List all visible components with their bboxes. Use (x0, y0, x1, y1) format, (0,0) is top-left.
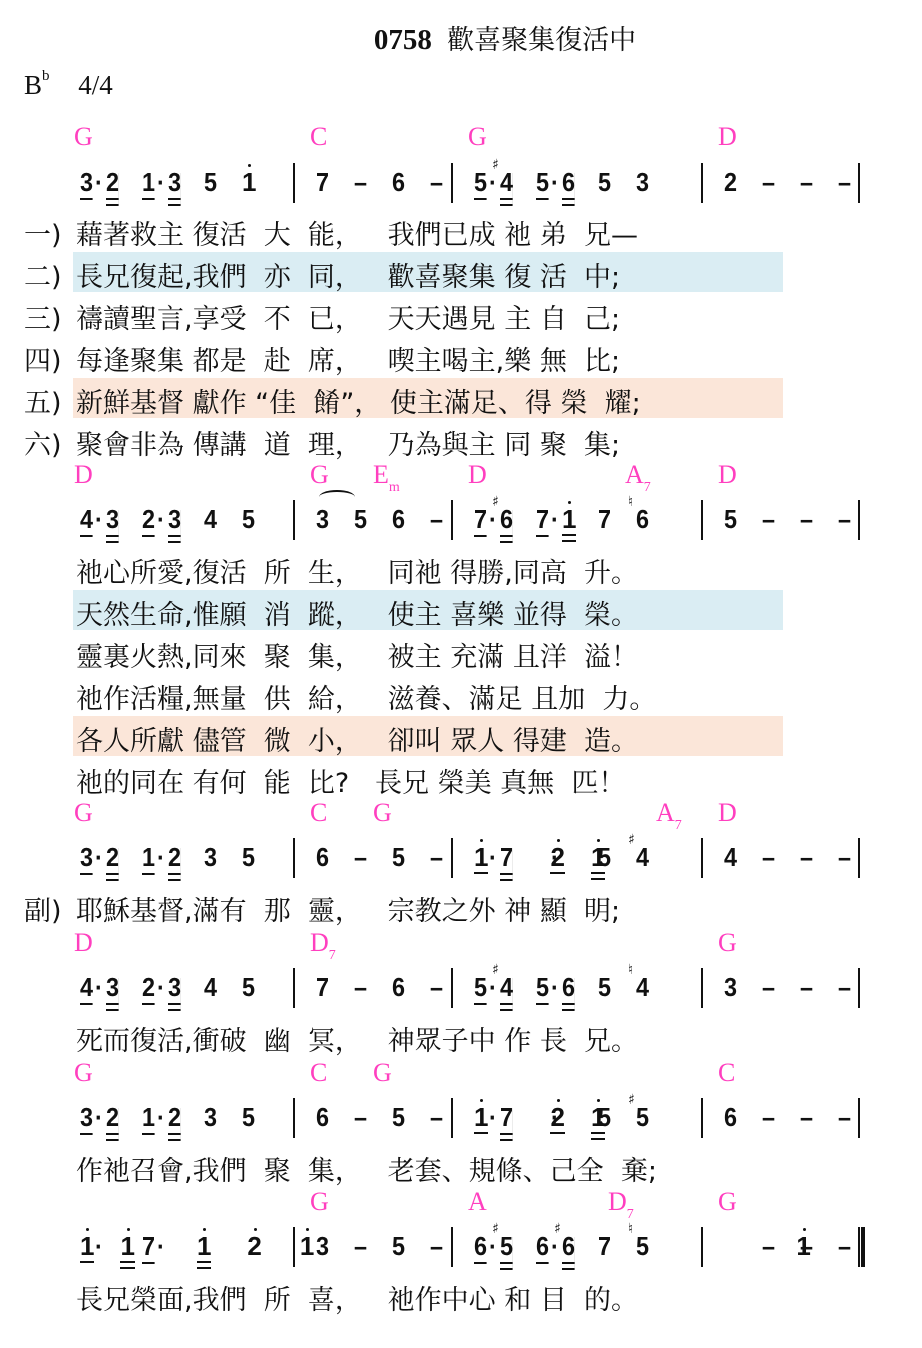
note: 4 (80, 972, 93, 1005)
chord-suffix: m (389, 480, 400, 495)
chord-symbol: C (310, 1058, 327, 1088)
chord-symbol: G (74, 798, 93, 828)
note: 6 (392, 167, 405, 198)
note: 6 (316, 1102, 329, 1133)
note: 3 (80, 1102, 93, 1135)
note: 5 (392, 842, 405, 873)
note: 5 (536, 167, 549, 200)
note: 4 (636, 972, 649, 1003)
note: 1 (242, 167, 256, 197)
notation-row: 3·21·2356–5–1·72·15♯56––– (0, 1098, 922, 1142)
lyric-line: 六)聚會非為 傳講 道 理， 乃為與主 同 聚 集; (0, 420, 922, 460)
note: 5 (242, 842, 255, 873)
augmentation-dot: · (551, 504, 559, 535)
note: 4 (80, 504, 93, 537)
lyric-text: 新鮮基督 獻作 “佳 餚”， 使主滿足、得 榮 耀; (76, 381, 641, 420)
dash-rest: – (430, 504, 443, 535)
barline (293, 1227, 295, 1267)
accidental-natural: ♮ (628, 962, 633, 978)
note: 5 (636, 1102, 649, 1133)
note: 1 (80, 1231, 94, 1263)
barline (858, 968, 860, 1008)
lyric-line: 二)長兄復起,我們 亦 同， 歡喜聚集 復 活 中; (0, 252, 922, 292)
note: 2 (142, 972, 155, 1005)
augmentation-dot: · (551, 167, 559, 198)
note: 7 (316, 167, 329, 198)
note: 3 (80, 167, 93, 200)
note: 2 (247, 1231, 261, 1261)
note: 2 (106, 167, 119, 200)
chord-symbol: D7 (310, 928, 336, 962)
dash-rest: – (800, 1102, 813, 1133)
dash-rest: – (430, 972, 443, 1003)
verse-label: 五) (24, 381, 62, 420)
barline (293, 500, 295, 540)
key-signature: Bb 4/4 (24, 70, 113, 101)
augmentation-dot: · (157, 167, 165, 198)
chord-symbol: G (468, 122, 487, 152)
accidental-sharp: ♯ (554, 1221, 561, 1237)
note: 1 (474, 842, 488, 874)
note: 3 (106, 972, 119, 1005)
lyric-line: 各人所獻 儘管 微 小， 卻叫 眾人 得建 造。 (0, 716, 922, 756)
barline (293, 163, 295, 203)
note: 7 (500, 1102, 513, 1135)
barline (293, 968, 295, 1008)
chord-symbol: C (718, 1058, 735, 1088)
dash-rest: – (838, 1231, 851, 1262)
note: 1 (562, 504, 576, 536)
note: 2 (724, 167, 737, 198)
augmentation-dot: · (157, 504, 165, 535)
note: 7 (536, 504, 549, 537)
lyric-line: 祂作活糧,無量 供 給， 滋養、滿足 且加 力。 (0, 674, 922, 714)
chord-symbol: G (718, 928, 737, 958)
note: 5 (536, 972, 549, 1005)
note: 7 (500, 842, 513, 875)
chord-symbol: G (373, 1058, 392, 1088)
barline (701, 500, 703, 540)
accidental-natural: ♮ (628, 494, 633, 510)
barline (701, 1098, 703, 1138)
note: 5 (724, 504, 737, 535)
note: 5 (474, 972, 487, 1005)
lyric-line: 靈裏火熱,同來 聚 集， 被主 充滿 且洋 溢！ (0, 632, 922, 672)
dash-rest: – (762, 167, 775, 198)
verse-label: 二) (24, 255, 62, 294)
barline (858, 500, 860, 540)
dash-rest: – (762, 972, 775, 1003)
note: 6 (562, 972, 575, 1005)
barline (451, 500, 453, 540)
note: 4 (500, 972, 513, 1005)
lyric-text: 藉著救主 復活 大 能， 我們已成 祂 弟 兄— (76, 213, 638, 252)
chord-symbol: Em (373, 460, 400, 494)
note: 7 (474, 504, 487, 537)
note: 6 (392, 972, 405, 1003)
note: 5 (598, 842, 611, 873)
note: 3 (168, 167, 181, 200)
dash-rest: – (430, 1102, 443, 1133)
lyric-line: 五)新鮮基督 獻作 “佳 餚”， 使主滿足、得 榮 耀; (0, 378, 922, 418)
note: 1 (300, 1231, 314, 1261)
dash-rest: – (354, 167, 367, 198)
notation-row: 3·21·2356–5–1·72·15♯44––– (0, 838, 922, 882)
final-barline (858, 1227, 865, 1267)
lyric-text: 禱讀聖言,享受 不 已， 天天遇見 主 自 己; (76, 297, 620, 336)
verse-label: 三) (24, 297, 62, 336)
note: 3 (636, 167, 649, 198)
note: 3 (168, 504, 181, 537)
chord-suffix: 7 (329, 948, 336, 963)
note: 5 (636, 1231, 649, 1262)
lyric-line: 三)禱讀聖言,享受 不 已， 天天遇見 主 自 己; (0, 294, 922, 334)
note: 7 (598, 1231, 611, 1262)
accidental-natural: ♮ (628, 1221, 633, 1237)
lyric-line: 長兄榮面,我們 所 喜， 祂作中心 和 目 的。 (0, 1275, 922, 1315)
lyric-line: 祂心所愛,復活 所 生， 同祂 得勝,同高 升。 (0, 548, 922, 588)
note: 5 (242, 504, 255, 535)
note: 5 (392, 1231, 405, 1262)
note: 6 (392, 504, 405, 535)
dash-rest: – (838, 167, 851, 198)
note: 2 (106, 842, 119, 875)
barline (701, 1227, 703, 1267)
lyric-line: 祂的同在 有何 能 比? 長兄 榮美 真無 匹！ (0, 758, 922, 798)
key-accidental: b (42, 68, 50, 84)
chord-symbol: G (74, 1058, 93, 1088)
note: 4 (500, 167, 513, 200)
dash-rest: – (430, 167, 443, 198)
notation-row: 4·32·345356–7·♯67·17♮65––– (0, 500, 922, 544)
lyric-text: 長兄復起,我們 亦 同， 歡喜聚集 復 活 中; (76, 255, 620, 294)
dash-rest: – (800, 504, 813, 535)
chord-symbol: D7 (608, 1187, 634, 1221)
note: 1 (120, 1231, 134, 1263)
dash-rest: – (838, 842, 851, 873)
note: 1 (197, 1231, 211, 1263)
note: 2 (168, 1102, 181, 1135)
note: 5 (598, 972, 611, 1003)
chord-symbol: C (310, 798, 327, 828)
dash-rest: – (762, 1231, 775, 1262)
chord-symbol: A7 (625, 460, 651, 494)
dash-rest: – (354, 1102, 367, 1133)
dash-rest: – (800, 167, 813, 198)
lyric-text: 聚會非為 傳講 道 理， 乃為與主 同 聚 集; (76, 423, 620, 462)
chord-symbol: C (310, 122, 327, 152)
barline (451, 163, 453, 203)
barline (451, 1227, 453, 1267)
note: 6 (316, 842, 329, 873)
note: 4 (724, 842, 737, 873)
lyric-text: 耶穌基督,滿有 那 靈， 宗教之外 神 顯 明; (76, 889, 620, 928)
note: 1 (474, 1102, 488, 1134)
note: 4 (204, 972, 217, 1003)
barline (293, 838, 295, 878)
lyric-text: 靈裏火熱,同來 聚 集， 被主 充滿 且洋 溢！ (76, 635, 638, 674)
note: 5 (598, 1102, 611, 1133)
dash-rest: – (800, 842, 813, 873)
note: 6 (724, 1102, 737, 1133)
dash-rest: – (354, 1231, 367, 1262)
barline (451, 838, 453, 878)
lyric-line: 作祂召會,我們 聚 集， 老套、規條、己全 棄; (0, 1146, 922, 1186)
augmentation-dot: · (95, 504, 103, 535)
barline (451, 968, 453, 1008)
note: 6 (500, 504, 513, 537)
notation-row: 3·21·3517–6–5·♯45·6532––– (0, 163, 922, 207)
note: 3 (204, 1102, 217, 1133)
barline (701, 838, 703, 878)
note: 1 (142, 1102, 155, 1135)
note: 1 (142, 167, 155, 200)
note: 2 (106, 1102, 119, 1135)
note: 7 (316, 972, 329, 1003)
barline (858, 1098, 860, 1138)
augmentation-dot: · (489, 1102, 497, 1133)
note: 5 (598, 167, 611, 198)
note: 5 (500, 1231, 513, 1264)
lyric-text: 每逢聚集 都是 赴 席， 喫主喝主,樂 無 比; (76, 339, 620, 378)
chord-symbol: G (718, 1187, 737, 1217)
chord-symbol: G (373, 798, 392, 828)
chord-symbol: D (718, 122, 737, 152)
note: 3 (80, 842, 93, 875)
chord-symbol: D (718, 798, 737, 828)
lyric-text: 作祂召會,我們 聚 集， 老套、規條、己全 棄; (76, 1149, 657, 1188)
dash-rest: – (762, 504, 775, 535)
accidental-sharp: ♯ (492, 1221, 499, 1237)
dash-rest: – (762, 842, 775, 873)
lyric-line: 一)藉著救主 復活 大 能， 我們已成 祂 弟 兄— (0, 210, 922, 250)
dash-rest: – (838, 1102, 851, 1133)
augmentation-dot: · (157, 842, 165, 873)
lyric-text: 各人所獻 儘管 微 小， 卻叫 眾人 得建 造。 (76, 719, 638, 758)
verse-label: 四) (24, 339, 62, 378)
lyric-line: 死而復活,衝破 幽 冥， 神眾子中 作 長 兄。 (0, 1016, 922, 1056)
note: 3 (204, 842, 217, 873)
augmentation-dot: · (95, 842, 103, 873)
note: 5 (242, 972, 255, 1003)
note: 3 (106, 504, 119, 537)
dash-rest: – (838, 504, 851, 535)
tie-slur (319, 490, 355, 504)
lyric-line: 四)每逢聚集 都是 赴 席， 喫主喝主,樂 無 比; (0, 336, 922, 376)
chord-symbol: A7 (656, 798, 682, 832)
note: 5 (354, 504, 367, 535)
augmentation-dot: · (95, 972, 103, 1003)
note: 6 (636, 504, 649, 535)
note: 7 (142, 1231, 155, 1264)
chord-suffix: 7 (627, 1207, 634, 1222)
note: 5 (474, 167, 487, 200)
chord-symbol: G (310, 460, 329, 490)
note: 4 (204, 504, 217, 535)
barline (451, 1098, 453, 1138)
augmentation-dot: · (95, 167, 103, 198)
accidental-sharp: ♯ (628, 1092, 635, 1108)
song-name: 歡喜聚集復活中 (447, 25, 636, 56)
augmentation-dot: · (489, 842, 497, 873)
chord-symbol: A (468, 1187, 487, 1217)
lyric-text: 天然生命,惟願 消 蹤， 使主 喜樂 並得 榮。 (76, 593, 638, 632)
chord-symbol: G (74, 122, 93, 152)
chord-symbol: D (468, 460, 487, 490)
note: 2 (142, 504, 155, 537)
barline (858, 838, 860, 878)
augmentation-dot: · (551, 842, 559, 873)
barline (701, 163, 703, 203)
note: 5 (392, 1102, 405, 1133)
key-note: B (24, 70, 42, 100)
chord-symbol: D (74, 928, 93, 958)
augmentation-dot: · (551, 972, 559, 1003)
notation-row: 1·17·1213–5–6·♯56·♯67♮51––– (0, 1227, 922, 1271)
dash-rest: – (430, 842, 443, 873)
notation-row: 4·32·3457–6–5·♯45·65♮43––– (0, 968, 922, 1012)
note: 6 (536, 1231, 549, 1264)
chord-suffix: 7 (675, 818, 682, 833)
lyric-text: 祂作活糧,無量 供 給， 滋養、滿足 且加 力。 (76, 677, 656, 716)
note: 3 (724, 972, 737, 1003)
lyric-text: 祂的同在 有何 能 比? 長兄 榮美 真無 匹！ (76, 761, 625, 800)
dash-rest: – (430, 1231, 443, 1262)
note: 5 (242, 1102, 255, 1133)
chord-symbol: G (310, 1187, 329, 1217)
note: 5 (204, 167, 217, 198)
note: 6 (562, 1231, 575, 1264)
lyric-line: 天然生命,惟願 消 蹤， 使主 喜樂 並得 榮。 (0, 590, 922, 630)
accidental-sharp: ♯ (492, 157, 499, 173)
time-signature: 4/4 (78, 70, 113, 100)
dash-rest: – (800, 1231, 813, 1262)
note: 3 (316, 504, 329, 535)
augmentation-dot: · (157, 972, 165, 1003)
song-title: 0758 歡喜聚集復活中 (0, 18, 922, 57)
lyric-text: 死而復活,衝破 幽 冥， 神眾子中 作 長 兄。 (76, 1019, 638, 1058)
accidental-sharp: ♯ (492, 494, 499, 510)
augmentation-dot: · (157, 1102, 165, 1133)
lyric-text: 祂心所愛,復活 所 生， 同祂 得勝,同高 升。 (76, 551, 638, 590)
note: 6 (474, 1231, 487, 1264)
barline (293, 1098, 295, 1138)
verse-label: 六) (24, 423, 62, 462)
verse-label: 一) (24, 213, 62, 252)
lyric-text: 長兄榮面,我們 所 喜， 祂作中心 和 目 的。 (76, 1278, 638, 1317)
note: 3 (316, 1231, 329, 1262)
note: 7 (598, 504, 611, 535)
accidental-sharp: ♯ (492, 962, 499, 978)
chord-symbol: D (74, 460, 93, 490)
augmentation-dot: · (157, 1231, 165, 1262)
verse-label: 副) (24, 889, 62, 928)
note: 1 (142, 842, 155, 875)
dash-rest: – (354, 842, 367, 873)
chord-suffix: 7 (644, 480, 651, 495)
lyric-line: 副)耶穌基督,滿有 那 靈， 宗教之外 神 顯 明; (0, 886, 922, 926)
augmentation-dot: · (95, 1102, 103, 1133)
accidental-sharp: ♯ (628, 832, 635, 848)
song-number: 0758 (374, 24, 432, 56)
dash-rest: – (800, 972, 813, 1003)
note: 2 (168, 842, 181, 875)
note: 4 (636, 842, 649, 873)
note: 6 (562, 167, 575, 200)
barline (701, 968, 703, 1008)
augmentation-dot: · (95, 1231, 103, 1262)
note: 3 (168, 972, 181, 1005)
chord-symbol: D (718, 460, 737, 490)
barline (858, 163, 860, 203)
dash-rest: – (354, 972, 367, 1003)
augmentation-dot: · (551, 1102, 559, 1133)
dash-rest: – (762, 1102, 775, 1133)
dash-rest: – (838, 972, 851, 1003)
